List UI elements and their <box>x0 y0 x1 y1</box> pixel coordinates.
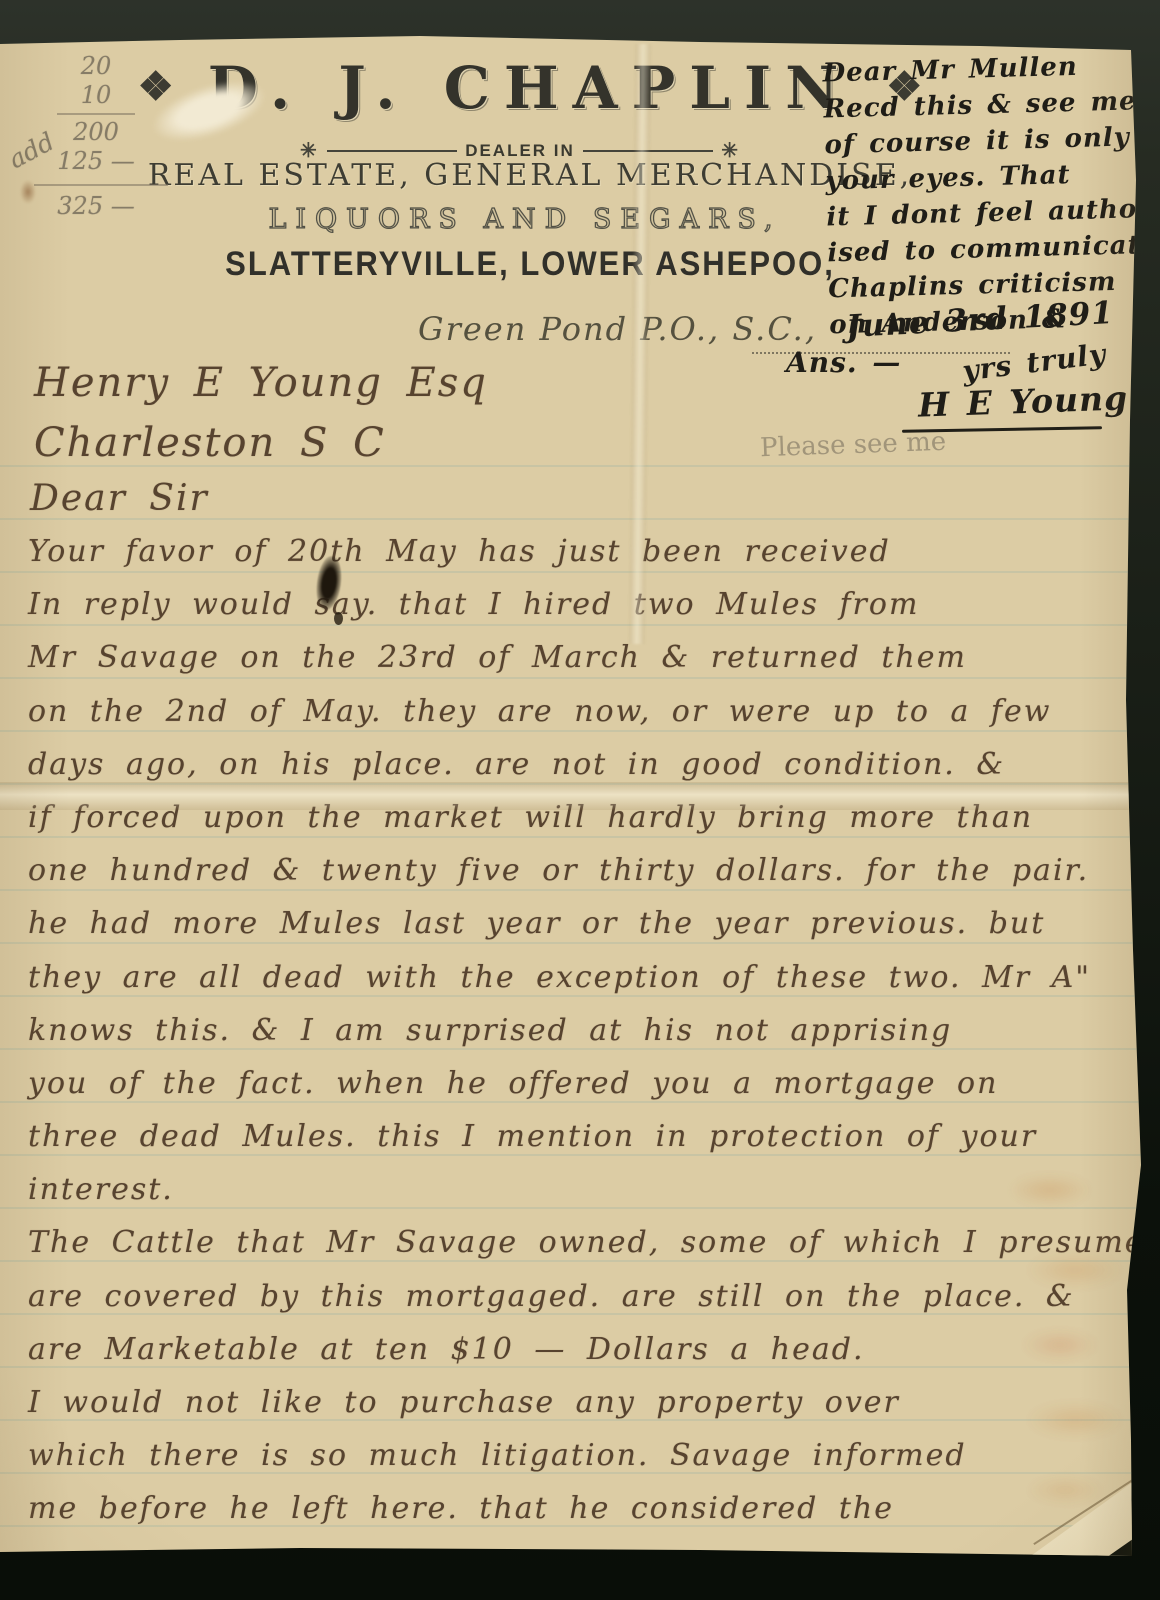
body-line: knows this. & I am surprised at his not … <box>28 1013 1128 1066</box>
body-line: he had more Mules last year or the year … <box>28 906 1128 959</box>
body-line: Your favor of 20th May has just been rec… <box>28 534 1128 587</box>
body-line: Mr Savage on the 23rd of March & returne… <box>28 640 1128 693</box>
body-line: are Marketable at ten $10 — Dollars a he… <box>28 1332 1128 1385</box>
pencil-subtotal: 200 <box>48 118 144 147</box>
pencil-total: 325 — <box>48 192 144 221</box>
body-line: three dead Mules. this I mention in prot… <box>28 1119 1128 1172</box>
pencil-sum-line <box>57 113 135 115</box>
body-line: they are all dead with the exception of … <box>28 960 1128 1013</box>
letter-body: Your favor of 20th May has just been rec… <box>28 534 1128 1545</box>
letter-paper: ❖ D. J. CHAPLIN ❖ ✳ DEALER IN ✳ REAL EST… <box>0 0 1160 1600</box>
recipient-line: Henry E Young Esq <box>34 360 488 420</box>
body-line: are covered by this mortgaged. are still… <box>28 1279 1128 1332</box>
body-line: interest. <box>28 1172 1128 1225</box>
recipient-address: Henry E Young EsqCharleston S C <box>34 360 488 480</box>
printed-place-line: Green Pond P.O., S.C., <box>418 310 817 348</box>
margin-note-closing-left: Ans. — <box>786 346 901 379</box>
body-line: on the 2nd of May. they are now, or were… <box>28 694 1128 747</box>
letter-scan: ❖ D. J. CHAPLIN ❖ ✳ DEALER IN ✳ REAL EST… <box>0 0 1160 1600</box>
ink-blot <box>334 612 343 625</box>
letterhead-name-text: D. J. CHAPLIN <box>208 54 852 122</box>
pencil-calculation: 20 10 200 125 — 325 — <box>48 52 144 221</box>
margin-note-line: on Anderson & <box>829 302 1160 347</box>
margin-note: Dear Mr MullenRecd this & see meof cours… <box>822 50 1160 347</box>
body-line: I would not like to purchase any propert… <box>28 1385 1128 1438</box>
body-line: In reply would say. that I hired two Mul… <box>28 587 1128 640</box>
pencil-addend: 10 <box>48 81 144 110</box>
pencil-sum-line <box>34 184 168 186</box>
body-line: you of the fact. when he offered you a m… <box>28 1066 1128 1119</box>
signature: H E Young <box>917 378 1128 424</box>
body-line: if forced upon the market will hardly br… <box>28 800 1128 853</box>
body-line: The Cattle that Mr Savage owned, some of… <box>28 1225 1128 1278</box>
brown-stain <box>20 180 36 204</box>
salutation: Dear Sir <box>30 478 209 519</box>
margin-note-closing: Ans. — yrs truly <box>786 346 1107 379</box>
rule-line <box>583 150 713 152</box>
rule-line <box>327 150 457 152</box>
pencil-see-me-note: Please see me <box>760 427 947 463</box>
body-line: me before he left here. that he consider… <box>28 1491 1128 1544</box>
body-line: which there is so much litigation. Savag… <box>28 1438 1128 1491</box>
pencil-addend: 20 <box>48 52 144 81</box>
body-line: days ago, on his place. are not in good … <box>28 747 1128 800</box>
body-line: one hundred & twenty five or thirty doll… <box>28 853 1128 906</box>
recipient-line: Charleston S C <box>34 420 488 480</box>
pencil-second-amount: 125 — <box>48 147 144 176</box>
